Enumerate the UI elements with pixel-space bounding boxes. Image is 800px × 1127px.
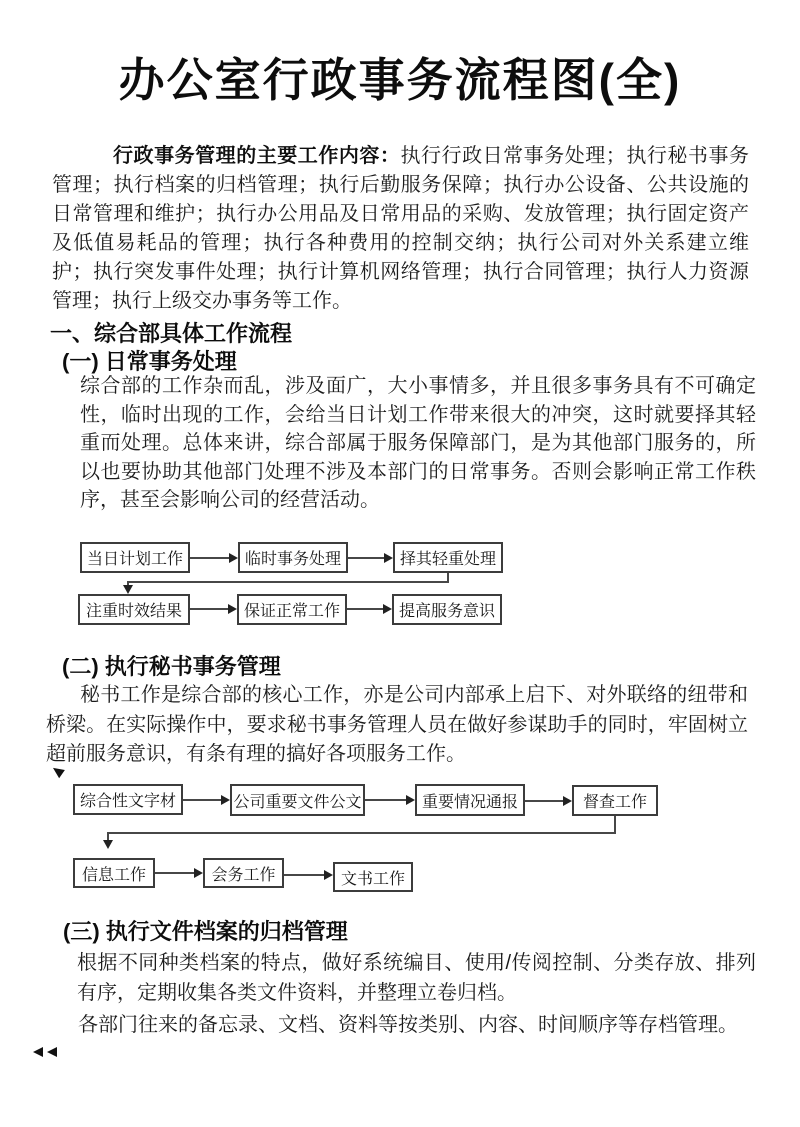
flowchart1-row1-box1: 当日计划工作 xyxy=(80,542,190,573)
flowchart2-row2-box3: 文书工作 xyxy=(333,862,413,892)
connector-line xyxy=(190,608,228,610)
connector-line xyxy=(525,800,563,802)
flowchart2-row1-box2: 公司重要文件公文 xyxy=(230,784,365,816)
intro-lead: 行政事务管理的主要工作内容： xyxy=(113,145,400,167)
heading-section-1: 一、综合部具体工作流程 xyxy=(50,321,292,347)
arrow-down-icon xyxy=(123,585,133,594)
connector-line xyxy=(107,832,109,840)
footer-left-triangle-icon xyxy=(47,1047,57,1057)
connector-line xyxy=(127,581,449,583)
arrow-right-icon xyxy=(229,553,238,563)
connector-line xyxy=(348,557,384,559)
document-page: 办公室行政事务流程图(全) 行政事务管理的主要工作内容：执行行政日常事务处理；执… xyxy=(0,0,800,1127)
sub2-paragraph: 秘书工作是综合部的核心工作，亦是公司内部承上启下、对外联络的纽带和桥梁。在实际操… xyxy=(46,681,748,770)
flowchart1-row1-box3: 择其轻重处理 xyxy=(393,542,503,573)
arrow-right-icon xyxy=(228,604,237,614)
flowchart2-row1-box3: 重要情况通报 xyxy=(415,784,525,816)
intro-body: 执行行政日常事务处理；执行秘书事务管理；执行档案的归档管理；执行后勤服务保障；执… xyxy=(52,145,749,312)
flowchart2-row1-box4: 督查工作 xyxy=(572,785,658,816)
flowchart2-row1-box1: 综合性文字材 xyxy=(73,784,183,815)
connector-line xyxy=(155,872,194,874)
flowchart1-row2-box3: 提高服务意识 xyxy=(392,594,502,625)
arrow-right-icon xyxy=(383,604,392,614)
arrow-right-icon xyxy=(221,795,230,805)
arrow-right-icon xyxy=(324,870,333,880)
arrow-down-icon xyxy=(103,840,113,849)
connector-line xyxy=(347,608,383,610)
arrow-right-icon xyxy=(384,553,393,563)
flowchart2-row2-box2: 会务工作 xyxy=(203,858,284,888)
flowchart1-row1-box2: 临时事务处理 xyxy=(238,542,348,573)
flowchart1-row2-box1: 注重时效结果 xyxy=(78,594,190,625)
connector-line xyxy=(365,799,406,801)
arrow-right-icon xyxy=(563,796,572,806)
connector-line xyxy=(284,874,324,876)
connector-line xyxy=(107,832,616,834)
sub3-paragraph-1: 根据不同种类档案的特点，做好系统编目、使用/传阅控制、分类存放、排列有序，定期收… xyxy=(77,949,756,1008)
page-title: 办公室行政事务流程图(全) xyxy=(0,44,800,110)
footer-left-triangle-icon xyxy=(33,1047,43,1057)
heading-sub2-secretary-management: (二) 执行秘书事务管理 xyxy=(62,654,281,680)
heading-sub3-archive-management: (三) 执行文件档案的归档管理 xyxy=(63,919,348,945)
connector-line xyxy=(190,557,229,559)
flowchart1-row2-box2: 保证正常工作 xyxy=(237,594,347,625)
intro-paragraph: 行政事务管理的主要工作内容：执行行政日常事务处理；执行秘书事务管理；执行档案的归… xyxy=(52,142,749,316)
sub3-paragraph-2: 各部门往来的备忘录、文档、资料等按类别、内容、时间顺序等存档管理。 xyxy=(78,1011,754,1041)
flowchart2-row2-box1: 信息工作 xyxy=(73,858,155,888)
sub1-paragraph: 综合部的工作杂而乱，涉及面广，大小事情多，并且很多事务具有不可确定性，临时出现的… xyxy=(80,372,756,515)
arrow-right-icon xyxy=(194,868,203,878)
arrow-right-icon xyxy=(406,795,415,805)
connector-line xyxy=(183,799,221,801)
